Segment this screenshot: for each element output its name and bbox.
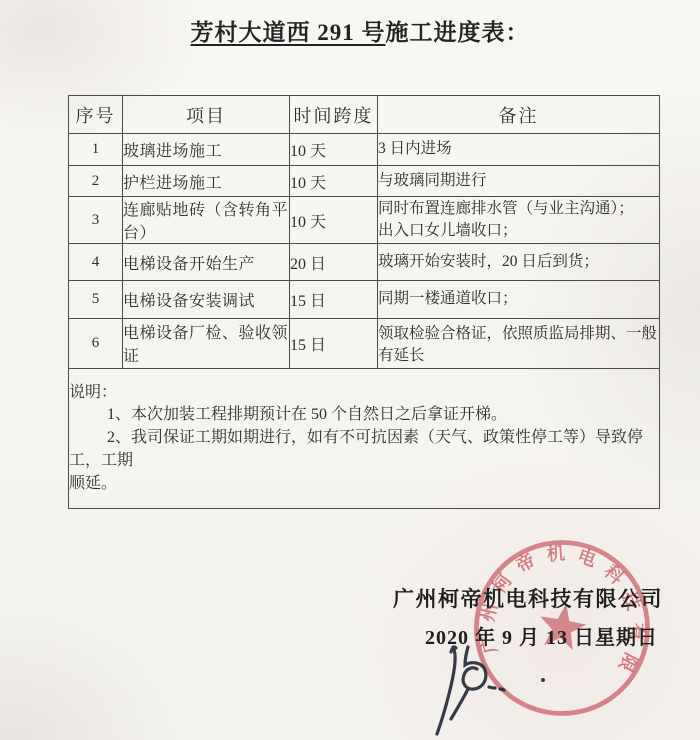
- notes-label: 说明：: [69, 382, 659, 405]
- table-row: 2 护栏进场施工 10 天 与玻璃同期进行: [69, 166, 660, 197]
- row-timespan: 15 日: [290, 319, 378, 369]
- notes-line-2: 2、我司保证工期如期进行，如有不可抗因素（天气、政策性停工等）导致停工，工期: [69, 427, 659, 472]
- row-no: 6: [69, 319, 123, 369]
- remark-line: 出入口女儿墙收口；: [378, 220, 659, 242]
- table-row: 5 电梯设备安装调试 15 日 同期一楼通道收口；: [69, 281, 660, 319]
- notes-line-3: 顺延。: [69, 473, 659, 496]
- signature-dot: [541, 678, 545, 682]
- signature-stroke: [451, 689, 468, 719]
- signature-stroke: [489, 687, 495, 688]
- notes-row: 说明： 1、本次加装工程排期预计在 50 个自然日之后拿证开梯。 2、我司保证工…: [69, 368, 660, 508]
- row-item: 电梯设备开始生产: [123, 244, 290, 281]
- signature-strokes: [437, 647, 545, 734]
- row-item: 电梯设备安装调试: [123, 281, 290, 319]
- header-item: 项目: [123, 96, 290, 134]
- scanned-document-page: 芳村大道西 291 号施工进度表： 序号 项目 时间跨度 备注 1 玻璃进场施工…: [0, 0, 700, 740]
- title-underlined-part: 芳村大道西 291 号: [191, 20, 386, 45]
- page-title: 芳村大道西 291 号施工进度表：: [10, 14, 700, 47]
- title-rest-part: 施工进度表：: [386, 20, 530, 45]
- row-remark: 玻璃开始安装时，20 日后到货；: [378, 244, 660, 281]
- row-no: 2: [69, 166, 123, 197]
- table-row: 6 电梯设备厂检、验收领证 15 日 领取检验合格证，依照质监局排期、一般有延长: [69, 319, 660, 369]
- schedule-table: 序号 项目 时间跨度 备注 1 玻璃进场施工 10 天 3 日内进场 2 护栏进…: [68, 95, 660, 509]
- handwritten-signature: [425, 642, 555, 740]
- row-remark: 同时布置连廊排水管（与业主沟通）； 出入口女儿墙收口；: [378, 197, 660, 244]
- table-row: 1 玻璃进场施工 10 天 3 日内进场: [69, 134, 660, 166]
- row-timespan: 10 天: [290, 134, 378, 166]
- row-timespan: 15 日: [290, 281, 378, 319]
- company-name: 广州柯帝机电科技有限公司: [393, 583, 663, 613]
- row-timespan: 10 天: [290, 166, 378, 197]
- header-timespan: 时间跨度: [290, 96, 378, 134]
- row-no: 4: [69, 244, 123, 281]
- row-remark: 与玻璃同期进行: [378, 166, 660, 197]
- row-no: 3: [69, 197, 123, 244]
- row-timespan: 10 天: [290, 197, 378, 244]
- signature-stroke: [500, 689, 504, 690]
- row-item: 连廊贴地砖（含转角平台）: [123, 197, 290, 244]
- row-remark: 领取检验合格证，依照质监局排期、一般有延长: [378, 319, 660, 369]
- notes-cell: 说明： 1、本次加装工程排期预计在 50 个自然日之后拿证开梯。 2、我司保证工…: [69, 368, 660, 508]
- row-timespan: 20 日: [290, 244, 378, 281]
- table-header-row: 序号 项目 时间跨度 备注: [69, 96, 660, 134]
- row-item: 电梯设备厂检、验收领证: [123, 319, 290, 369]
- notes-line-1: 1、本次加装工程排期预计在 50 个自然日之后拿证开梯。: [69, 404, 659, 427]
- row-no: 5: [69, 281, 123, 319]
- signature-stroke: [437, 647, 455, 734]
- row-item: 玻璃进场施工: [123, 134, 290, 166]
- signature-stroke: [463, 647, 486, 689]
- row-remark: 3 日内进场: [378, 134, 660, 166]
- header-seq: 序号: [69, 96, 123, 134]
- row-item: 护栏进场施工: [123, 166, 290, 197]
- row-remark: 同期一楼通道收口；: [378, 281, 660, 319]
- table-row: 4 电梯设备开始生产 20 日 玻璃开始安装时，20 日后到货；: [69, 244, 660, 281]
- table-row: 3 连廊贴地砖（含转角平台） 10 天 同时布置连廊排水管（与业主沟通）； 出入…: [69, 197, 660, 244]
- row-no: 1: [69, 134, 123, 166]
- remark-line: 同时布置连廊排水管（与业主沟通）；: [378, 198, 659, 220]
- header-remark: 备注: [378, 96, 660, 134]
